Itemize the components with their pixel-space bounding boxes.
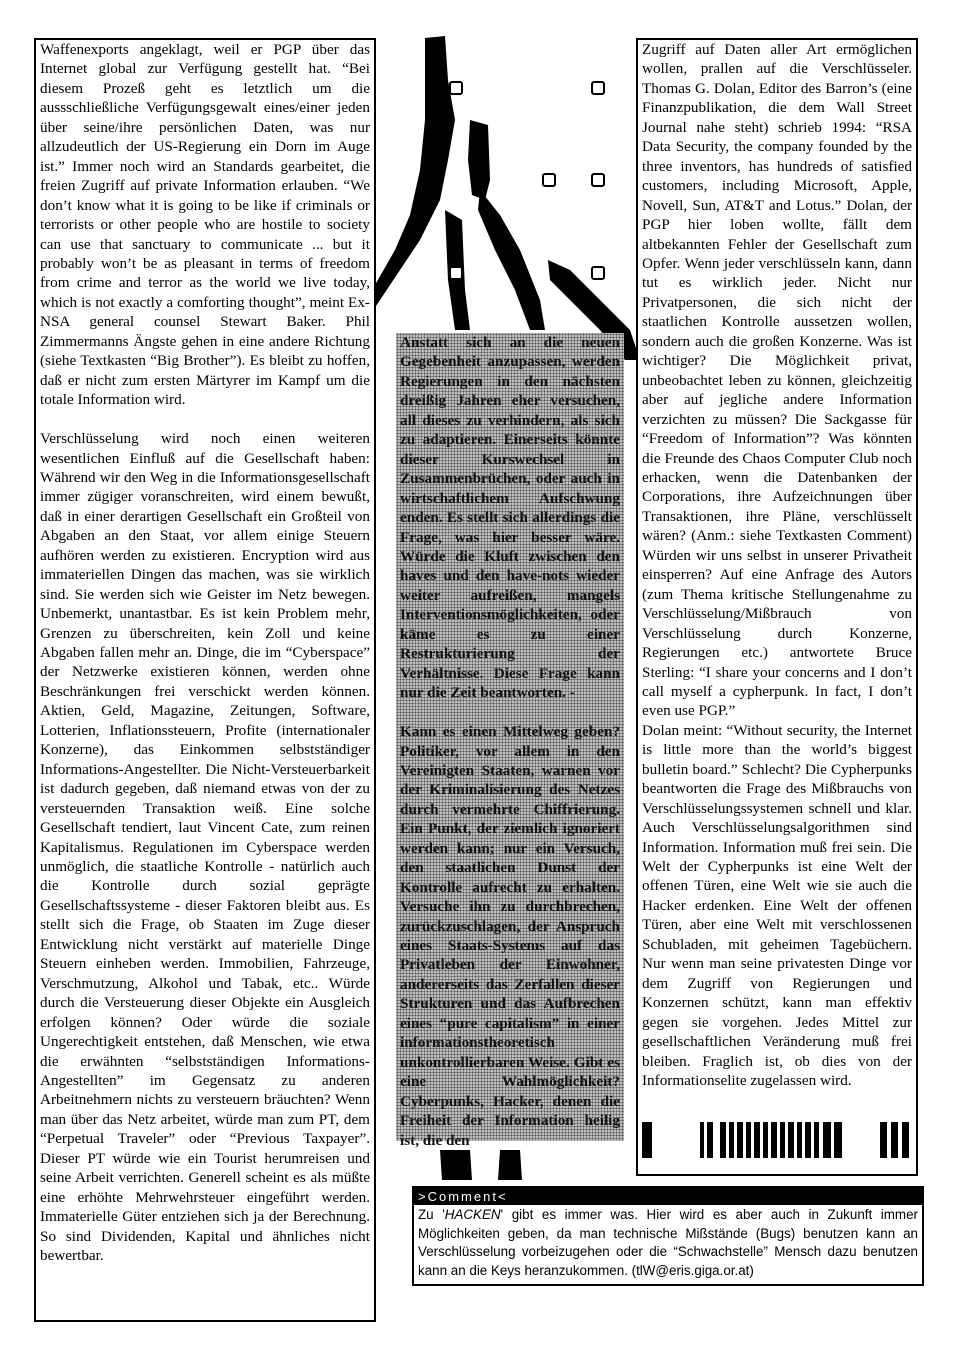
comment-lead-emphasis: HACKEN bbox=[445, 1207, 501, 1222]
decorative-square-icon bbox=[449, 266, 463, 280]
right-paragraph-2: Dolan meint: “Without security, the Inte… bbox=[642, 721, 912, 1091]
decorative-square-icon bbox=[591, 81, 605, 95]
barcode-graphic bbox=[640, 1122, 910, 1158]
decorative-square-icon bbox=[591, 173, 605, 187]
decorative-square-icon bbox=[591, 266, 605, 280]
right-paragraph-1: Zugriff auf Daten aller Art ermöglichen … bbox=[642, 40, 912, 721]
middle-paragraph-1: Anstatt sich an die neuen Gegebenheit an… bbox=[400, 333, 620, 703]
left-paragraph-2: Verschlüsselung wird noch einen weiteren… bbox=[40, 429, 370, 1265]
comment-lead-suffix: ' gibt es immer was. bbox=[501, 1207, 638, 1222]
comment-body: Zu 'HACKEN' gibt es immer was. Hier wird… bbox=[414, 1205, 922, 1284]
decorative-square-icon bbox=[449, 81, 463, 95]
comment-header: >Comment< bbox=[414, 1188, 922, 1205]
middle-paragraph-2: Kann es einen Mittelweg geben? Politiker… bbox=[400, 722, 620, 1150]
right-text-column: Zugriff auf Daten aller Art ermöglichen … bbox=[636, 38, 918, 1176]
comment-lead-prefix: Zu ' bbox=[418, 1207, 445, 1222]
left-paragraph-1: Waffenexports angeklagt, weil er PGP übe… bbox=[40, 40, 370, 410]
middle-shaded-column: Anstatt sich an die neuen Gegebenheit an… bbox=[396, 333, 624, 1141]
comment-box: >Comment< Zu 'HACKEN' gibt es immer was.… bbox=[412, 1186, 924, 1286]
decorative-square-icon bbox=[542, 173, 556, 187]
left-text-column: Waffenexports angeklagt, weil er PGP übe… bbox=[34, 38, 376, 1322]
